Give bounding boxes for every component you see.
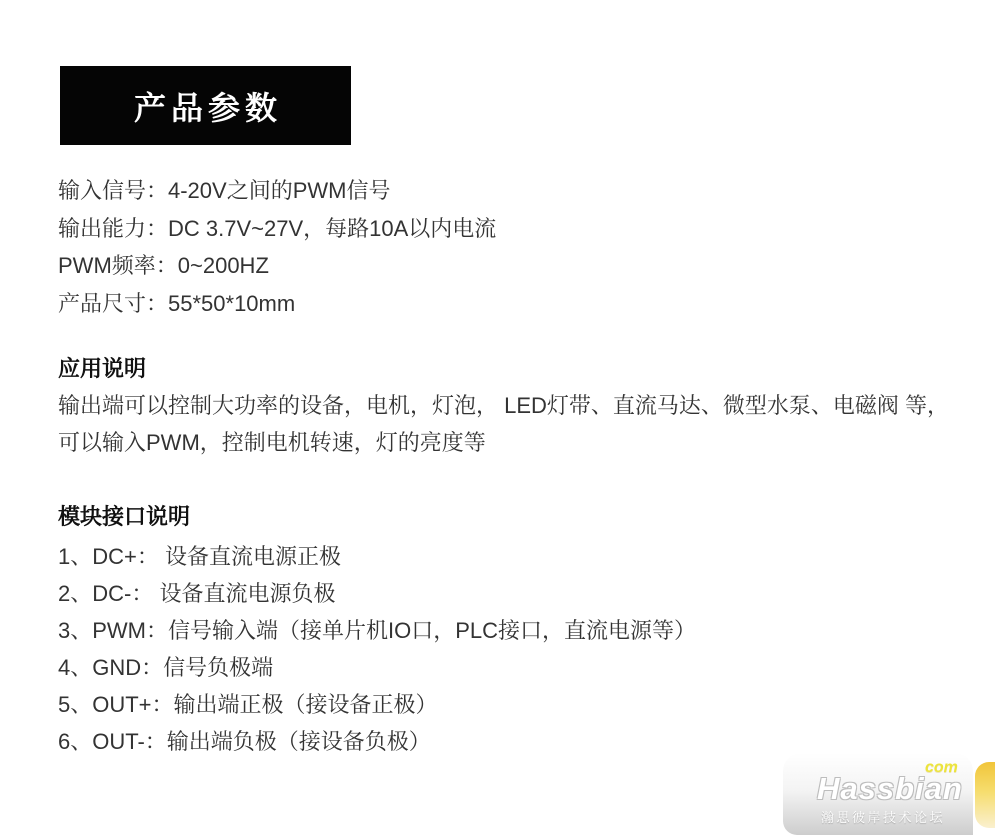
spec-line: 输出能力：DC 3.7V~27V，每路10A以内电流 (58, 210, 496, 248)
application-line: 可以输入PWM，控制电机转速，灯的亮度等 (58, 424, 949, 461)
interface-item: 5、OUT+：输出端正极（接设备正极） (58, 686, 696, 723)
interface-items: 1、DC+： 设备直流电源正极2、DC-： 设备直流电源负极3、PWM：信号输入… (58, 538, 696, 760)
application-line: 输出端可以控制大功率的设备，电机，灯泡， LED灯带、直流马达、微型水泵、电磁阀… (58, 387, 949, 424)
interface-item: 3、PWM：信号输入端（接单片机IO口，PLC接口，直流电源等） (58, 612, 696, 649)
interface-section: 模块接口说明 1、DC+： 设备直流电源正极2、DC-： 设备直流电源负极3、P… (58, 498, 696, 760)
spec-line: 产品尺寸：55*50*10mm (58, 285, 496, 323)
application-heading: 应用说明 (58, 350, 949, 387)
spec-list: 输入信号：4-20V之间的PWM信号输出能力：DC 3.7V~27V，每路10A… (58, 172, 496, 322)
application-section: 应用说明 输出端可以控制大功率的设备，电机，灯泡， LED灯带、直流马达、微型水… (58, 350, 949, 461)
application-lines: 输出端可以控制大功率的设备，电机，灯泡， LED灯带、直流马达、微型水泵、电磁阀… (58, 387, 949, 461)
watermark-badge-icon (975, 762, 995, 828)
interface-item: 1、DC+： 设备直流电源正极 (58, 538, 696, 575)
banner-title: 产品参数 (129, 83, 282, 129)
product-spec-page: 产品参数 输入信号：4-20V之间的PWM信号输出能力：DC 3.7V~27V，… (0, 0, 995, 835)
spec-line: 输入信号：4-20V之间的PWM信号 (58, 172, 496, 210)
section-banner: 产品参数 (60, 66, 351, 145)
watermark-subtitle: 瀚思彼岸技术论坛 (821, 807, 945, 826)
interface-item: 6、OUT-：输出端负极（接设备负极） (58, 723, 696, 760)
interface-item: 4、GND：信号负极端 (58, 649, 696, 686)
interface-heading: 模块接口说明 (58, 498, 696, 535)
watermark-logo: Hassbian com (817, 771, 977, 811)
watermark: Hassbian com 瀚思彼岸技术论坛 (765, 745, 995, 835)
watermark-tld-text: com (925, 759, 958, 777)
spec-line: PWM频率：0~200HZ (58, 247, 496, 285)
interface-item: 2、DC-： 设备直流电源负极 (58, 575, 696, 612)
